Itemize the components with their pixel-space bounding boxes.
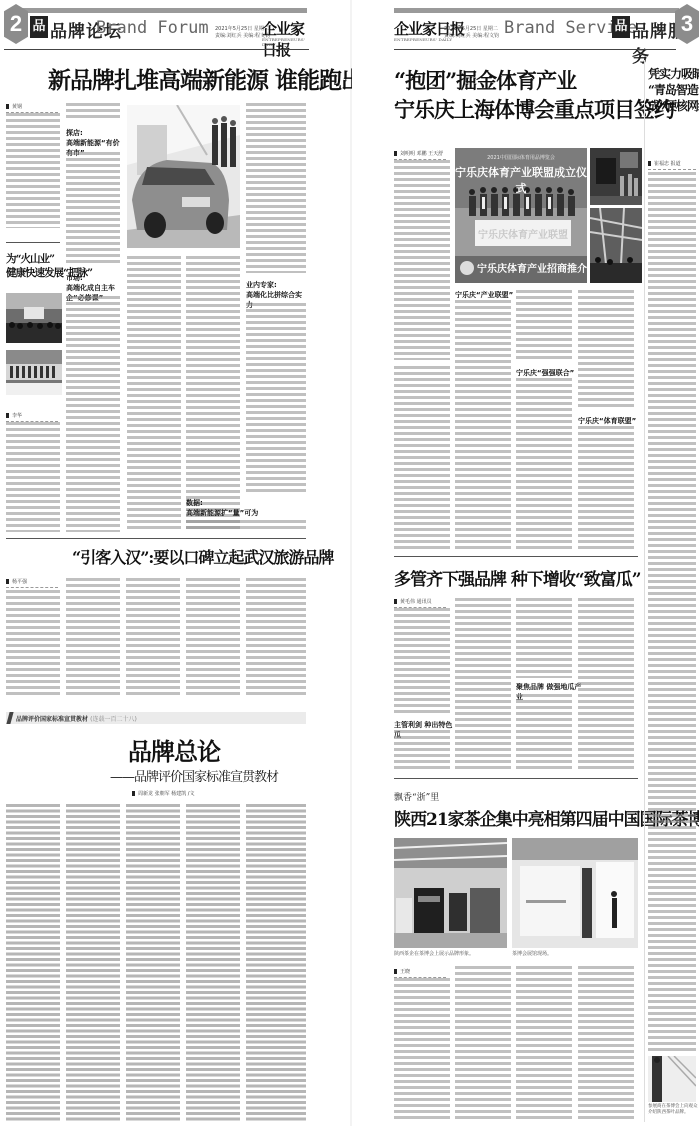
car-showroom-photo — [127, 105, 240, 248]
brand-logo-icon: 品 — [30, 16, 48, 38]
agri-body-col4 — [578, 598, 634, 770]
lead-body-col2b — [66, 152, 120, 264]
agri-headline: 多管齐下强品牌 种下增收“致富瓜” — [394, 565, 640, 590]
travel-body-col2 — [66, 578, 120, 698]
page-number-badge: 3 — [675, 4, 699, 44]
side-headline-line3: 成“硬核网红” — [648, 98, 699, 114]
side-headline-line2: “青岛智造” — [648, 82, 699, 98]
lead-subhead-1: 宁乐庆“产业联盟” — [455, 290, 515, 300]
series-episode: (连载一百二十八) — [90, 716, 137, 723]
right-page: 企业家日报 ENTREPRENEURS' DAILY 2021年5月25日 星期… — [352, 0, 699, 1126]
lead-headline: 新品牌扎堆高端新能源 谁能跑出圈 — [48, 62, 385, 95]
tea-body-col2 — [455, 966, 511, 1122]
lead-subhead-2: 宁乐庆“强强联合” — [516, 368, 576, 378]
lead-body-col5a — [246, 103, 306, 273]
lead-body-col1 — [6, 113, 60, 228]
left-page-header: 2 品 品牌论坛 Brand Forum 2021年5月25日 星期二 责编:刘… — [0, 4, 310, 48]
lead-body-col3a — [516, 290, 572, 360]
agri-body-col2 — [455, 598, 511, 770]
series-label-text: 品牌评价国家标准宣贯教材 — [16, 716, 88, 723]
series-slash-icon — [6, 712, 13, 724]
expo-photo-1 — [590, 148, 642, 205]
header-bar — [22, 8, 307, 13]
tea-story-rule — [394, 778, 638, 779]
tea-kicker: 飘香“浙”里 — [394, 790, 439, 803]
column-divider — [644, 60, 645, 1122]
header-bar — [394, 8, 679, 13]
banner-top-text: 2021中国国际体育用品博览会 — [455, 154, 587, 161]
left-page: 2 品 品牌论坛 Brand Forum 2021年5月25日 星期二 责编:刘… — [0, 0, 350, 1126]
side-story-rule — [6, 242, 60, 243]
travel-body-col5 — [246, 578, 306, 698]
side-headline-line1: 凭实力吸睛 — [648, 66, 699, 82]
lead-headline: “抱团”掘金体育产业 宁乐庆上海体博会重点项目签约 — [394, 66, 674, 124]
tea-byline: 王晓 — [394, 968, 446, 978]
tea-caption-right: 参展商在茶博会上向观众介绍陕西茶叶品牌。 — [648, 1104, 698, 1116]
lead-body-col4 — [186, 256, 240, 532]
tea-body-col1 — [394, 978, 450, 1122]
header-rule — [4, 49, 309, 50]
tea-expo-photo-2-image — [512, 838, 638, 948]
tea-expo-photo-1-image — [394, 838, 507, 948]
theory-body-col1 — [6, 804, 60, 1122]
side-byline: 李华 — [6, 412, 58, 422]
conference-photo-2 — [6, 350, 62, 395]
travel-body-col1 — [6, 590, 60, 698]
tea-expo-photo-2 — [512, 838, 638, 948]
lead-headline-line2: 宁乐庆上海体博会重点项目签约 — [394, 95, 674, 124]
travel-body-col3 — [126, 578, 180, 698]
lead-byline: 刘明明 邓鹏 王天舒 — [394, 150, 446, 160]
conference-photo-1-image — [6, 293, 62, 343]
theory-body-col2 — [66, 804, 120, 1122]
conference-photo-2-image — [6, 350, 62, 395]
car-showroom-photo-image — [127, 105, 240, 248]
brand-logo-icon: 品 — [612, 16, 630, 38]
expo-photo-2 — [590, 208, 642, 283]
lead-body-col5b — [246, 303, 306, 493]
lead-body-col1 — [394, 160, 450, 360]
theory-headline: 品牌总论 — [128, 732, 220, 767]
page-number-badge: 2 — [4, 4, 28, 44]
lead-body-col1b — [394, 366, 450, 550]
expo-photo-1-image — [590, 148, 642, 205]
banner-main-text: 宁乐庆体育产业联盟成立仪式 — [455, 164, 587, 196]
lead-body-col2c — [66, 296, 120, 532]
agri-body-col3a — [516, 598, 572, 678]
agri-body-col1b — [394, 730, 450, 770]
pub-date: 2021年5月25日 星期二 责编:刘红兵 美编:程文钧 — [444, 26, 504, 40]
tea-body-col4 — [578, 966, 634, 1122]
theory-subtitle: ——品牌评价国家标准宣贯教材 — [110, 766, 278, 785]
alliance-board-text: 宁乐庆体育产业联盟 — [475, 226, 571, 241]
travel-byline: 杨平强 — [6, 578, 58, 588]
tea-expo-photo-3 — [648, 1056, 696, 1102]
pub-date-text: 2021年5月25日 星期二 — [444, 26, 504, 33]
lead-body-col2a — [66, 103, 120, 121]
tea-expo-photo-1 — [394, 838, 507, 948]
tea-caption-center: 茶博会展馆现场。 — [512, 951, 638, 958]
lead-body-col4a — [578, 290, 634, 410]
right-page-header: 企业家日报 ENTREPRENEURS' DAILY 2021年5月25日 星期… — [392, 4, 699, 48]
lead-body-col2 — [455, 300, 511, 550]
lead-byline: 黄钢 — [6, 103, 58, 113]
travel-story-rule — [6, 538, 306, 539]
lead-body-col4b — [578, 426, 634, 550]
theory-body-col5 — [246, 804, 306, 1122]
agri-body-col1 — [394, 608, 450, 716]
tea-caption-left: 陕西茶企在茶博会上展示品牌形象。 — [394, 951, 507, 958]
agri-body-col3b — [516, 694, 572, 770]
side-body — [6, 422, 60, 532]
side-body — [648, 172, 696, 1052]
lead-subhead-3: 宁乐庆“体育联盟” — [578, 416, 638, 426]
series-label: 品牌评价国家标准宣贯教材 (连载一百二十八) — [16, 714, 137, 723]
header-rule — [394, 49, 676, 50]
conference-photo-1 — [6, 293, 62, 343]
lead-body-col3b — [516, 378, 572, 550]
alliance-ceremony-photo: 2021中国国际体育用品博览会 宁乐庆体育产业联盟成立仪式 宁乐庆体育产业联盟 … — [455, 148, 587, 283]
expo-photo-2-image — [590, 208, 642, 283]
tea-expo-photo-3-image — [648, 1056, 696, 1102]
theory-body-col3 — [126, 804, 180, 1122]
section-title-en: Brand Forum — [96, 18, 209, 38]
lead-body-col3 — [127, 256, 181, 532]
masthead-en: ENTREPRENEURS' DAILY — [262, 37, 310, 47]
editor-line: 责编:刘红兵 美编:程文钧 — [444, 33, 504, 40]
theory-byline: 周新龙 张朝军 杨建凯 /文 — [132, 790, 194, 799]
side-headline: 凭实力吸睛 “青岛智造” 成“硬核网红” — [648, 66, 699, 114]
agri-story-rule — [394, 556, 638, 557]
lead-headline-line1: “抱团”掘金体育产业 — [394, 66, 674, 95]
tea-body-col3 — [516, 966, 572, 1122]
lead-subhead-4: 数据: 高端新能源扩“量”可为 — [186, 498, 306, 518]
theory-body-col4 — [186, 804, 240, 1122]
banner-bottom-text: 宁乐庆体育产业招商推介会 — [477, 260, 587, 275]
travel-body-col4 — [186, 578, 240, 698]
travel-headline: “引客入汉”:要以口碑立起武汉旅游品牌 — [72, 545, 333, 568]
agri-byline: 黄毛伟 通讯员 — [394, 598, 446, 608]
series-bar: 品牌评价国家标准宣贯教材 (连载一百二十八) — [6, 712, 306, 724]
lead-body-tail — [186, 520, 306, 532]
side-byline: 崔福忠 报道 — [648, 160, 696, 170]
